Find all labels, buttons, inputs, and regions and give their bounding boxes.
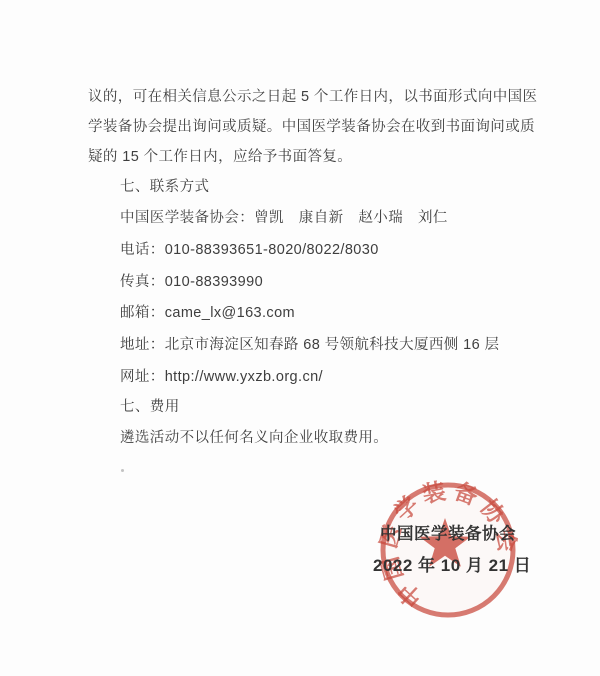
paragraph-line: 学装备协会提出询问或质疑。中国医学装备协会在收到书面询问或质 xyxy=(88,115,535,136)
contact-line-website: 网址：http://www.yxzb.org.cn/ xyxy=(120,365,323,386)
section-heading-fees: 七、费用 xyxy=(120,395,180,416)
contact-line-phone: 电话：010-88393651-8020/8022/8030 xyxy=(120,238,379,259)
signature-organization: 中国医学装备协会 xyxy=(380,520,516,544)
paragraph-line: 疑的 15 个工作日内，应给予书面答复。 xyxy=(88,145,352,166)
contact-line-organization-contacts: 中国医学装备协会：曾凯 康自新 赵小瑞 刘仁 xyxy=(120,206,448,227)
official-seal: 中国医学装备协会 xyxy=(363,465,533,635)
paragraph-line: 议的，可在相关信息公示之日起 5 个工作日内，以书面形式向中国医 xyxy=(88,85,537,106)
scanned-document-page: 中国医学装备协会 议的，可在相关信息公示之日起 5 个工作日内，以书面形式向中国… xyxy=(0,0,600,676)
contact-line-fax: 传真：010-88393990 xyxy=(120,270,263,291)
section-heading-contact: 七、联系方式 xyxy=(120,175,209,196)
fees-statement-line: 遴选活动不以任何名义向企业收取费用。 xyxy=(120,426,388,447)
contact-line-email: 邮箱：came_lx@163.com xyxy=(120,301,295,322)
signature-date: 2022 年 10 月 21 日 xyxy=(373,551,531,576)
contact-line-address: 地址：北京市海淀区知春路 68 号领航科技大厦西侧 16 层 xyxy=(120,333,499,354)
scan-speck xyxy=(121,469,124,472)
